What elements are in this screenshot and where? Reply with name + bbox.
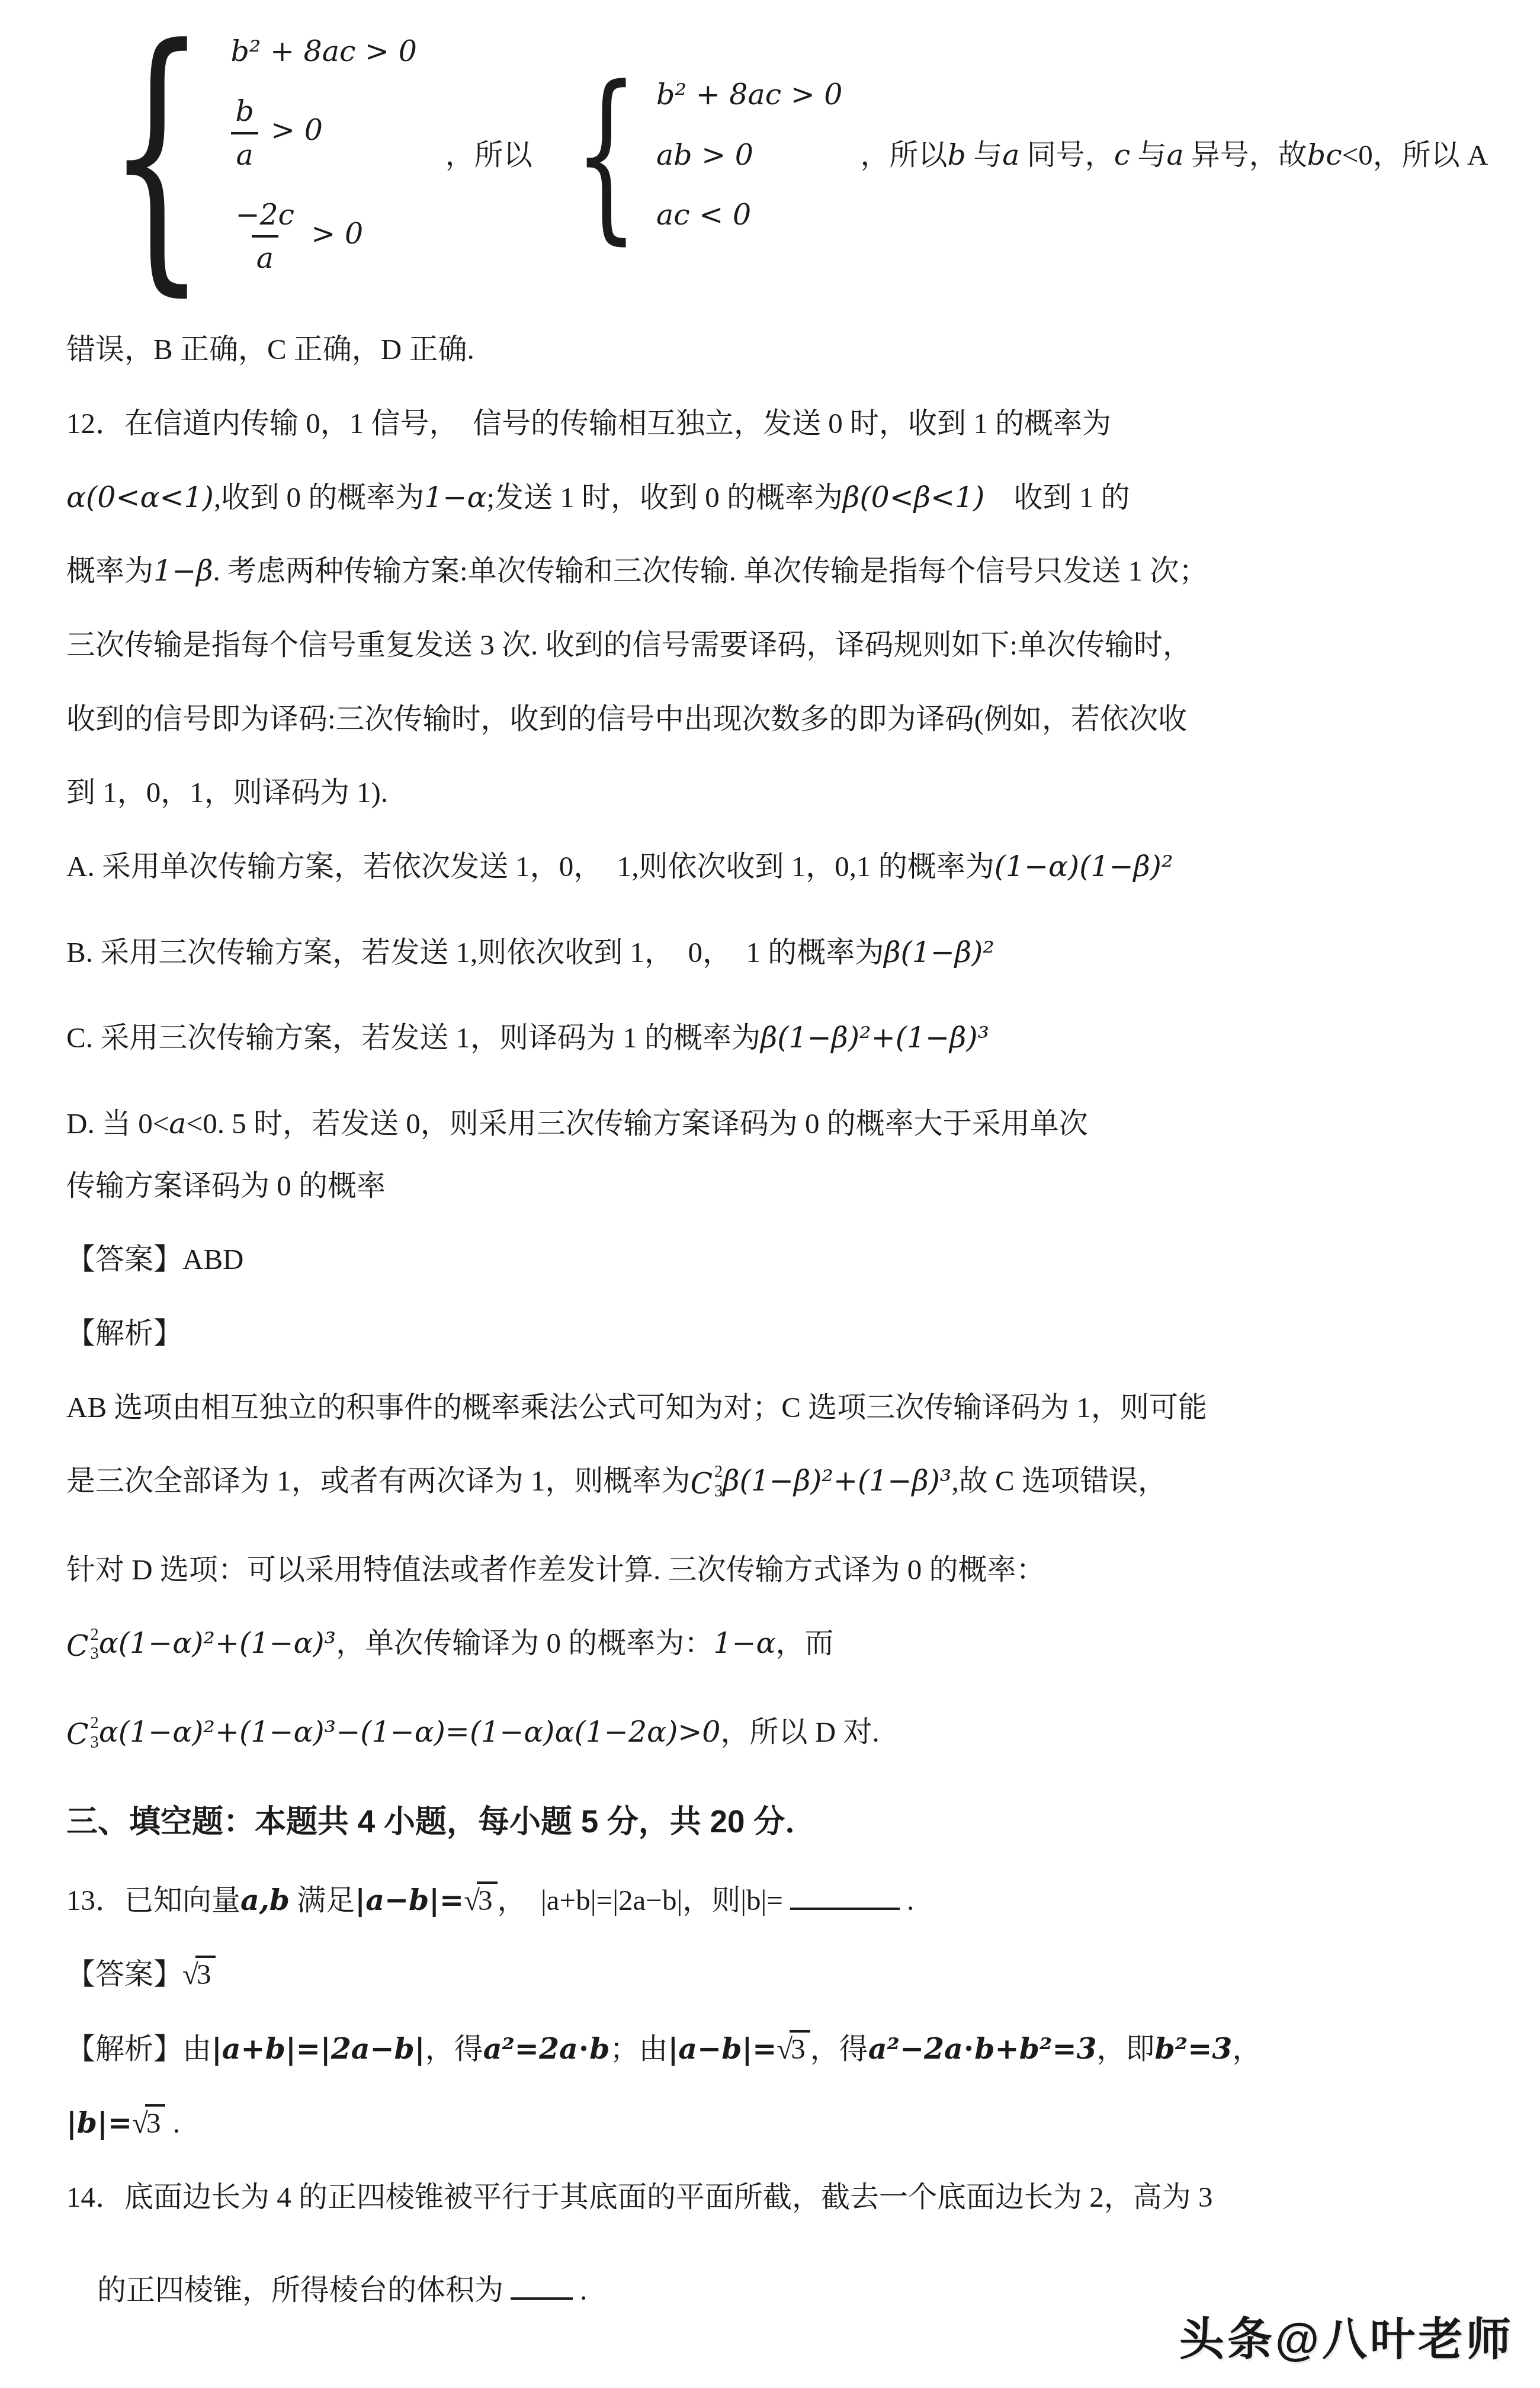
binomial-c: C xyxy=(66,1627,89,1666)
solution11-conclusion: ，所以b 与a 同号，c 与a 异号，故bc<0，所以 A xyxy=(861,137,1488,173)
conclusion-text: 同号， xyxy=(1019,139,1114,171)
answer-label: 【答案】 xyxy=(66,1243,182,1275)
radicand: 3 xyxy=(145,2104,166,2140)
binomial-c: C xyxy=(66,1716,89,1754)
answer-label: 【答案】 xyxy=(66,1958,182,1990)
binomial-coefficient: C23 xyxy=(66,1627,99,1666)
q13-stem: 13．已知向量a,b 满足|a−b|=√3， |a+b|=|2a−b|，则|b|… xyxy=(66,1881,1516,1920)
q12-option-a: A. 采用单次传输方案，若依次发送 1，0， 1,则依次收到 1，0,1 的概率… xyxy=(66,848,1516,886)
analysis-text: ,故 C 选项错误， xyxy=(951,1464,1166,1497)
q12-stem-line4: 三次传输是指每个信号重复发送 3 次. 收到的信号需要译码，译码规则如下:单次传… xyxy=(66,626,1516,665)
analysis-text: ，即 xyxy=(1097,2033,1155,2065)
one-minus-alpha: 1−α xyxy=(713,1626,775,1660)
q12-analysis-label-line: 【解析】 xyxy=(66,1315,1516,1353)
analysis-text: 由 xyxy=(182,2033,211,2065)
q12-analysis-line4: C23α(1−α)²+(1−α)³，单次传输译为 0 的概率为：1−α，而 xyxy=(66,1624,1516,1665)
binomial-coefficient: C23 xyxy=(691,1464,723,1503)
one-minus-beta: 1−β xyxy=(153,554,213,588)
option-formula: (1−α)(1−β)² xyxy=(994,850,1173,883)
analysis-formula: β(1−β)²+(1−β)³ xyxy=(723,1464,951,1498)
sys2-line2: ab > 0 xyxy=(656,137,842,173)
analysis-text: ，得 xyxy=(810,2033,868,2065)
var-a: a xyxy=(1002,138,1019,172)
option-formula: β(1−β)²+(1−β)³ xyxy=(761,1021,989,1054)
analysis-label: 【解析】 xyxy=(66,2033,182,2065)
q12-stem-line3: 概率为1−β. 考虑两种传输方案:单次传输和三次传输. 单次传输是指每个信号只发… xyxy=(66,552,1516,591)
analysis-text: ， xyxy=(1232,2033,1261,2065)
binomial-coefficient: C23 xyxy=(66,1716,99,1754)
q13-analysis-line: 【解析】由|a+b|=|2a−b|，得a²=2a⋅b；由|a−b|=√3，得a²… xyxy=(66,2030,1516,2069)
document-content: { b² + 8ac > 0 b a > 0 −2c a > 0 xyxy=(0,0,1540,2309)
q12-stem-line2: α(0<α<1),收到 0 的概率为1−α;发送 1 时，收到 0 的概率为β(… xyxy=(66,479,1516,517)
formula: b²=3 xyxy=(1155,2031,1233,2066)
vectors-ab: a,b xyxy=(240,1883,290,1917)
sys1-line3: −2c a > 0 xyxy=(230,197,416,277)
q12-analysis-line1: AB 选项由相互独立的积事件的概率乘法公式可知为对；C 选项三次传输译码为 1，… xyxy=(66,1389,1516,1427)
analysis-formula: α(1−α)²+(1−α)³ xyxy=(99,1626,336,1660)
formula: a²=2a⋅b xyxy=(483,2031,610,2066)
analysis-label: 【解析】 xyxy=(66,1317,182,1350)
solution11-verdict-line: 错误，B 正确，C 正确，D 正确. xyxy=(66,331,1516,369)
formula-b-magnitude: |b|= xyxy=(66,2105,132,2140)
q12-analysis-line3: 针对 D 选项：可以采用特值法或者作差发计算. 三次传输方式译为 0 的概率： xyxy=(66,1551,1516,1589)
option-formula: β(1−β)² xyxy=(884,935,994,969)
option-text: D. 当 0< xyxy=(66,1107,169,1140)
option-text: <0. 5 时，若发送 0，则采用三次传输方案译码为 0 的概率大于采用单次 xyxy=(187,1107,1088,1140)
radicand: 3 xyxy=(195,1956,216,1991)
q12-option-d-line1: D. 当 0<a<0. 5 时，若发送 0，则采用三次传输方案译码为 0 的概率… xyxy=(66,1105,1516,1143)
q12-option-b: B. 采用三次传输方案，若发送 1,则依次收到 1， 0， 1 的概率为β(1−… xyxy=(66,934,1516,972)
sys2-line1: b² + 8ac > 0 xyxy=(656,76,842,113)
watermark-toutiao: 头条@八叶老师 xyxy=(1179,2303,1514,2368)
analysis-text: ，而 xyxy=(776,1627,834,1659)
answer-value: ABD xyxy=(182,1243,243,1275)
conclusion-text: 异号，故 xyxy=(1184,139,1307,171)
binomial-scripts: 23 xyxy=(714,1463,723,1501)
option-text: C. 采用三次传输方案，若发送 1，则译码为 1 的概率为 xyxy=(66,1021,761,1054)
q12-stem-line6: 到 1，0，1，则译码为 1). xyxy=(66,774,1516,812)
conclusion-text: 与 xyxy=(1130,139,1166,171)
answer-blank xyxy=(790,1900,900,1910)
stem-text: 概率为 xyxy=(66,554,153,587)
radicand: 3 xyxy=(477,1881,498,1917)
q12-answer-line: 【答案】ABD xyxy=(66,1241,1516,1279)
var-c: c xyxy=(1114,138,1130,172)
sqrt-3: √3 xyxy=(182,1956,216,1994)
analysis-text: ；由 xyxy=(610,2033,668,2065)
q12-stem-line5: 收到的信号即为译码:三次传输时，收到的信号中出现次数多的即为译码(例如，若依次收 xyxy=(66,700,1516,739)
left-curly-brace: { xyxy=(107,38,207,271)
conclusion-text: <0，所以 A xyxy=(1342,139,1488,171)
option-text: A. 采用单次传输方案，若依次发送 1，0， 1,则依次收到 1，0,1 的概率… xyxy=(66,850,994,883)
analysis-text: ，单次传输译为 0 的概率为： xyxy=(336,1627,713,1659)
q13-answer-line: 【答案】√3 xyxy=(66,1956,1516,1994)
stem-text: . xyxy=(907,1884,914,1916)
stem-text: ， |a+b|=|2a−b|，则|b|= xyxy=(498,1884,783,1916)
var-a: a xyxy=(1166,138,1183,172)
analysis-formula: α(1−α)²+(1−α)³−(1−α)=(1−α)α(1−2α)>0 xyxy=(99,1715,721,1749)
conclusion-text: 与 xyxy=(966,139,1002,171)
analysis-text: . xyxy=(165,2107,180,2139)
formula: |a−b|= xyxy=(668,2031,777,2066)
fraction-numerator: −2c xyxy=(230,197,299,235)
stem-text: . xyxy=(580,2274,587,2306)
stem-text: ;发送 1 时，收到 0 的概率为 xyxy=(486,481,843,514)
binomial-c: C xyxy=(691,1465,713,1504)
var-b: b xyxy=(948,138,966,172)
var-a: a xyxy=(169,1107,186,1140)
q12-option-c: C. 采用三次传输方案，若发送 1，则译码为 1 的概率为β(1−β)²+(1−… xyxy=(66,1019,1516,1057)
beta-range: β(0<β<1) xyxy=(843,480,984,514)
alpha-range: α(0<α<1) xyxy=(66,480,214,514)
fraction-denominator: a xyxy=(252,235,278,276)
binomial-superscript: 2 xyxy=(714,1463,723,1482)
binomial-superscript: 2 xyxy=(91,1626,99,1645)
stem-text: 收到 1 的 xyxy=(984,481,1130,514)
fraction-b-over-a: b a xyxy=(230,93,258,173)
formula: a²−2a⋅b+b²=3 xyxy=(868,2031,1097,2066)
document-page: { b² + 8ac > 0 b a > 0 −2c a > 0 xyxy=(0,0,1540,2388)
binomial-subscript: 3 xyxy=(91,1645,99,1664)
section3-heading: 三、填空题：本题共 4 小题，每小题 5 分，共 20 分． xyxy=(66,1802,1516,1843)
solution11-systems-row: { b² + 8ac > 0 b a > 0 −2c a > 0 xyxy=(66,21,1516,288)
binomial-scripts: 23 xyxy=(91,1714,99,1752)
q12-analysis-line2: 是三次全部译为 1，或者有两次译为 1，则概率为C23β(1−β)²+(1−β)… xyxy=(66,1462,1516,1503)
fraction-denominator: a xyxy=(231,132,258,173)
sqrt-3: √3 xyxy=(132,2104,165,2143)
stem-text: 的正四棱锥，所得棱台的体积为 xyxy=(97,2274,503,2306)
binomial-subscript: 3 xyxy=(714,1482,723,1502)
q14-stem-line1: 14．底面边长为 4 的正四棱锥被平行于其底面的平面所截，截去一个底面边长为 2… xyxy=(66,2178,1516,2217)
q12-analysis-line5: C23α(1−α)²+(1−α)³−(1−α)=(1−α)α(1−2α)>0，所… xyxy=(66,1713,1516,1754)
fraction-neg2c-over-a: −2c a xyxy=(230,197,299,277)
formula: |a+b|=|2a−b| xyxy=(211,2031,425,2066)
fraction-numerator: b xyxy=(230,93,258,132)
analysis-text: ，所以 D 对. xyxy=(721,1716,880,1748)
binomial-superscript: 2 xyxy=(91,1714,99,1733)
q13-analysis-tail: |b|=√3 . xyxy=(66,2104,1516,2143)
analysis-text: ，得 xyxy=(425,2033,483,2065)
answer-blank xyxy=(511,2290,573,2300)
connector-suoyi: ，所以 xyxy=(445,137,532,173)
sqrt-3: √3 xyxy=(464,1881,497,1920)
binomial-scripts: 23 xyxy=(91,1626,99,1664)
analysis-text: 是三次全部译为 1，或者有两次译为 1，则概率为 xyxy=(66,1464,691,1497)
radicand: 3 xyxy=(790,2030,810,2066)
option-text: B. 采用三次传输方案，若发送 1,则依次收到 1， 0， 1 的概率为 xyxy=(66,936,884,969)
q12-option-d-line2: 传输方案译码为 0 的概率 xyxy=(66,1167,1516,1206)
inequality-rhs: > 0 xyxy=(271,113,323,147)
sys2-line3: ac < 0 xyxy=(656,197,842,233)
q12-stem-line1: 12．在信道内传输 0，1 信号， 信号的传输相互独立，发送 0 时，收到 1 … xyxy=(66,405,1516,443)
inequality-rhs: > 0 xyxy=(311,216,363,250)
one-minus-alpha: 1−α xyxy=(424,480,486,514)
stem-text: ,收到 0 的概率为 xyxy=(214,481,424,514)
inequality-system-2: b² + 8ac > 0 ab > 0 ac < 0 xyxy=(656,65,842,245)
left-curly-brace: { xyxy=(574,79,638,230)
stem-text: 13．已知向量 xyxy=(66,1884,240,1916)
var-bc: bc xyxy=(1307,138,1342,172)
sys1-line1: b² + 8ac > 0 xyxy=(230,33,416,69)
inequality-system-1: b² + 8ac > 0 b a > 0 −2c a > 0 xyxy=(230,21,416,288)
formula-a-minus-b: |a−b|= xyxy=(355,1883,464,1917)
stem-text: . 考虑两种传输方案:单次传输和三次传输. 单次传输是指每个信号只发送 1 次； xyxy=(213,554,1208,587)
stem-text: 满足 xyxy=(290,1884,355,1916)
binomial-subscript: 3 xyxy=(91,1733,99,1753)
sqrt-3: √3 xyxy=(777,2030,810,2069)
sys1-line2: b a > 0 xyxy=(230,93,416,173)
conclusion-text: ，所以 xyxy=(861,139,948,171)
